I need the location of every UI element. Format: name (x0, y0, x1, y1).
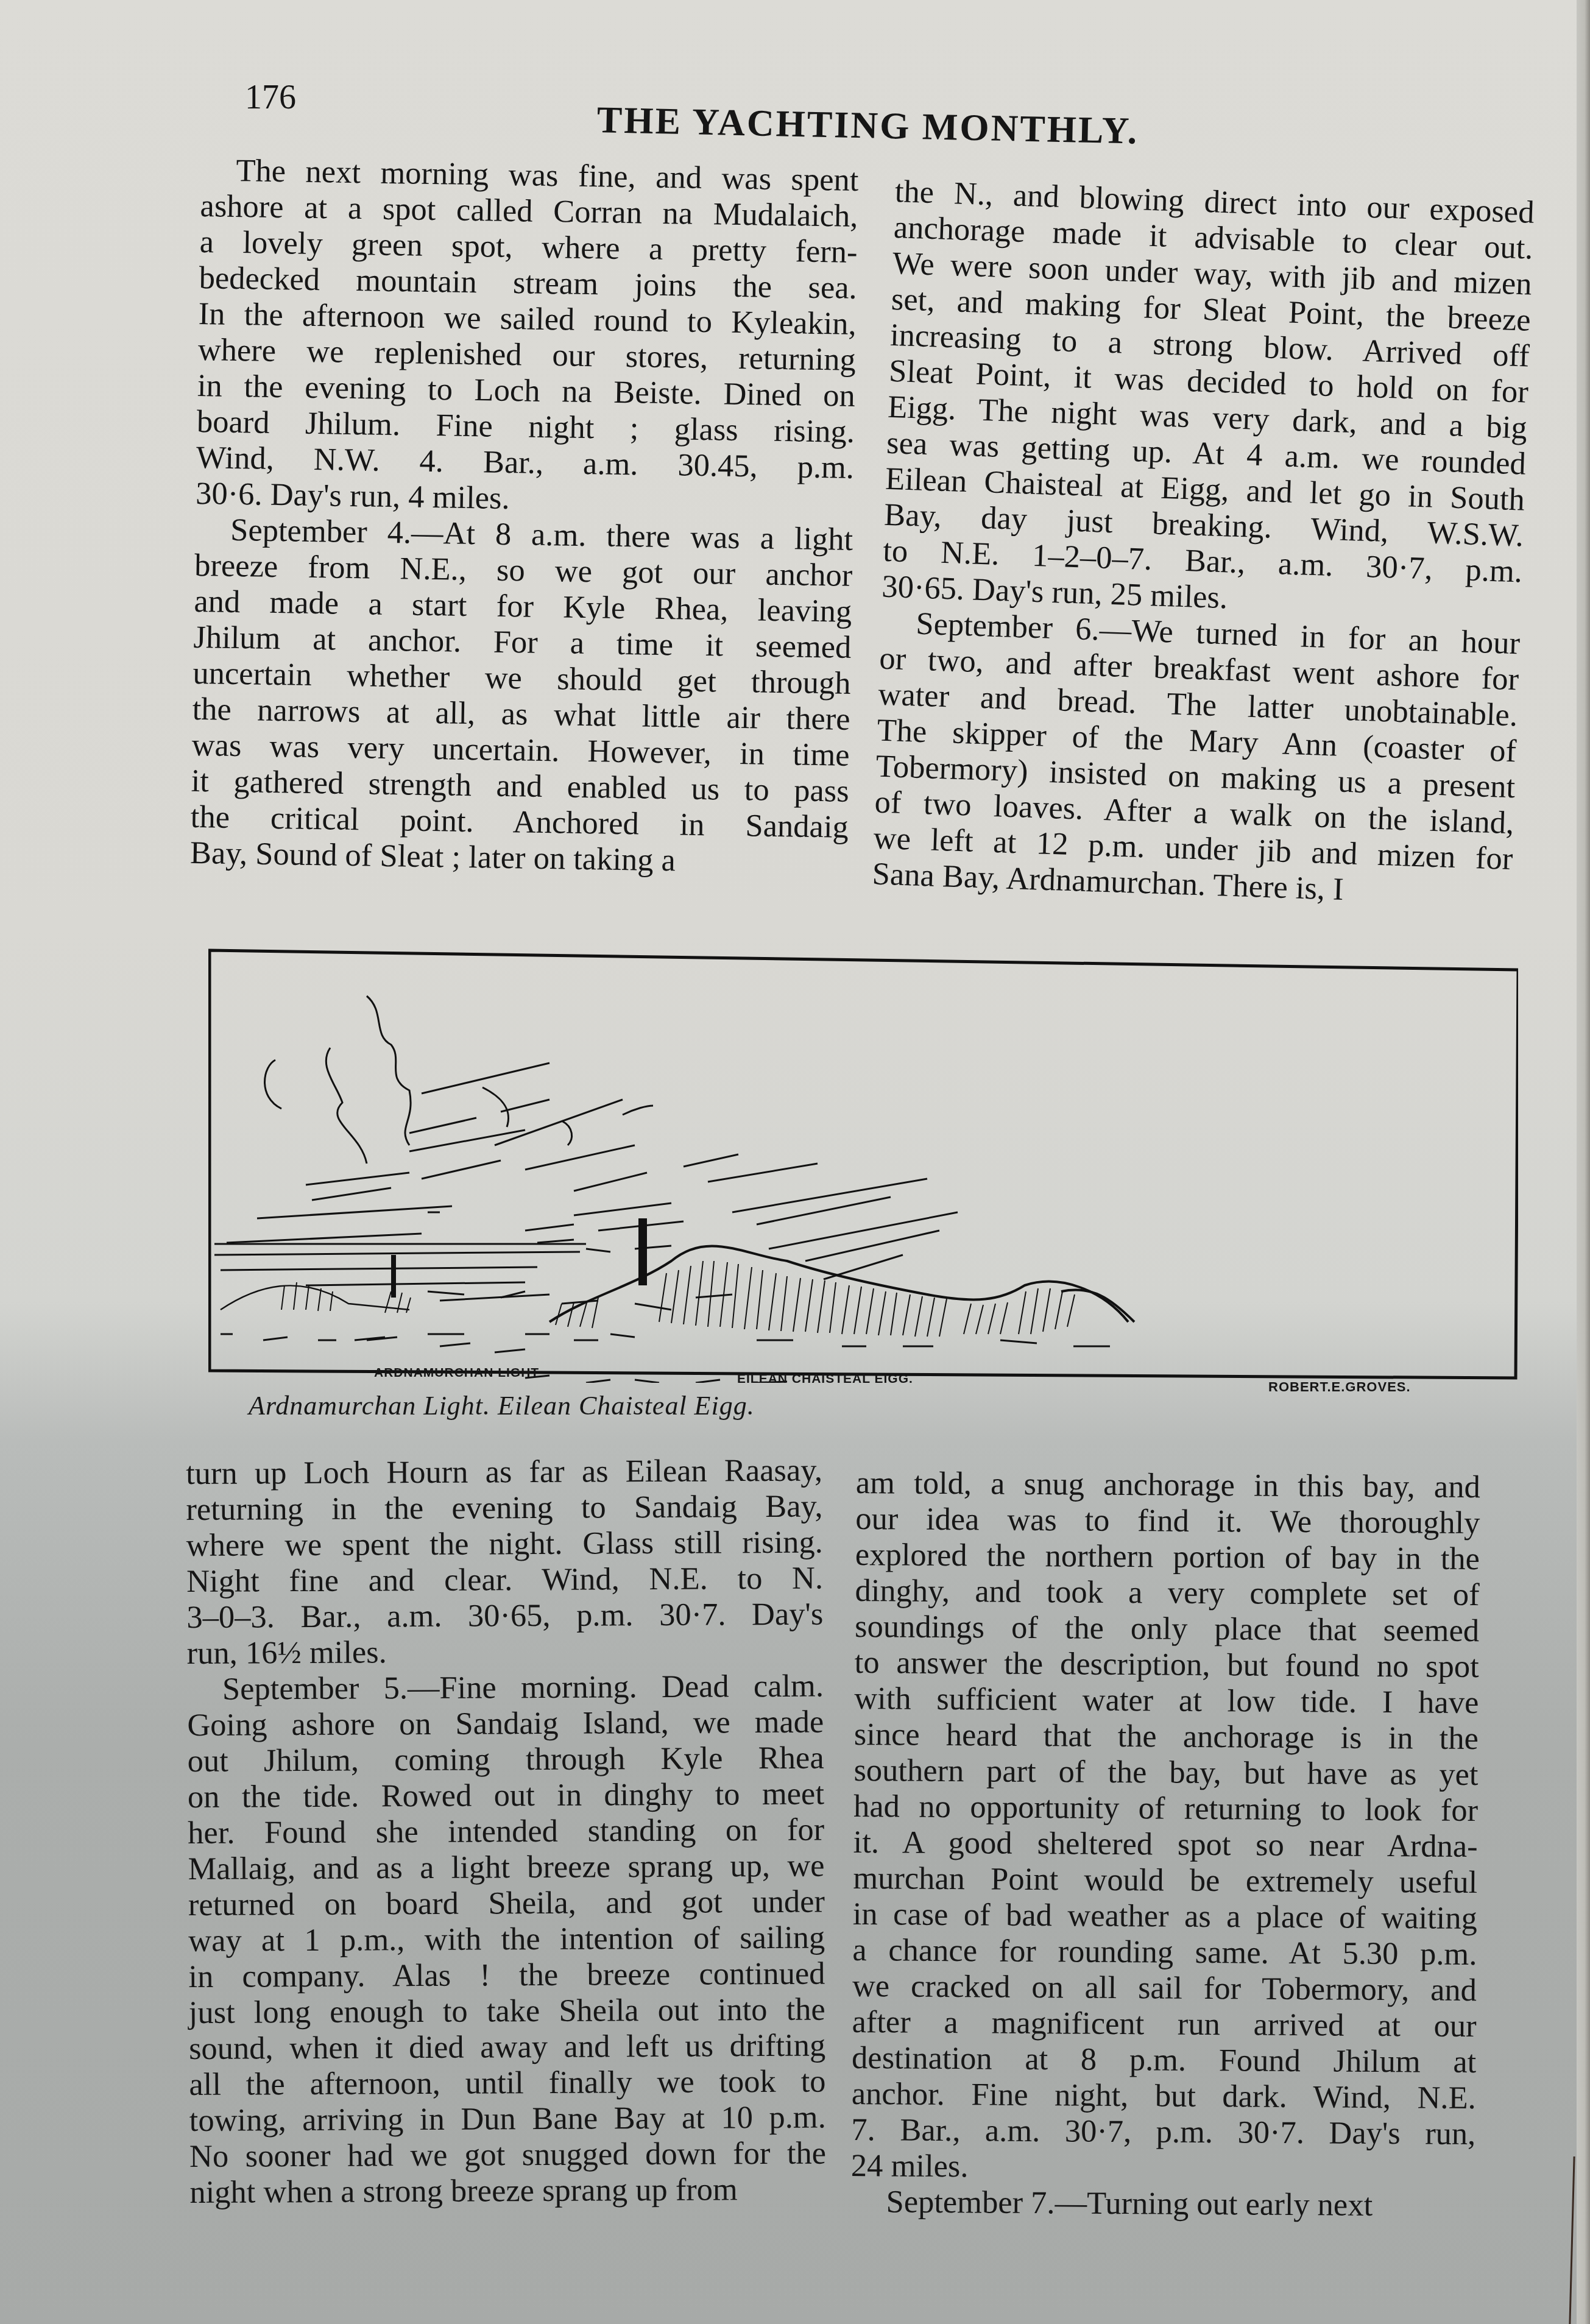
text-line: all the afternoon, until finally we took… (189, 2064, 825, 2103)
column-top-right: the N., and blowing direct into our expo… (872, 174, 1535, 913)
text-line: 24 miles. (851, 2148, 1475, 2188)
text-line: murchan Point would be extremely useful (853, 1860, 1477, 1901)
text-line: 3–0–3. Bar., a.m. 30·65, p.m. 30·7. Day'… (186, 1597, 823, 1636)
text-line: a chance for rounding same. At 5.30 p.m. (852, 1932, 1477, 1973)
text-line: her. Found she intended standing on for (188, 1812, 824, 1851)
page-number: 176 (245, 78, 296, 117)
text-line: explored the northern portion of bay in … (855, 1537, 1480, 1577)
text-line: am told, a snug anchorage in this bay, a… (856, 1465, 1480, 1505)
text-line: we cracked on all sail for Tobermory, an… (852, 1968, 1477, 2008)
text-line: soundings of the only place that seemed (855, 1609, 1479, 1649)
text-line: southern part of the bay, but have as ye… (853, 1753, 1478, 1793)
text-line: had no opportunity of returning to look … (853, 1789, 1478, 1829)
text-line: on the tide. Rowed out in dinghy to meet (188, 1776, 824, 1815)
text-line: Mallaig, and as a light breeze sprang up… (188, 1848, 824, 1887)
text-line: since heard that the anchorage is in the (854, 1717, 1479, 1757)
text-line: returning in the evening to Sandaig Bay, (186, 1489, 822, 1528)
label-ardnamurchan-light: ARDNAMURCHAN LIGHT (374, 1366, 539, 1380)
text-line: just long enough to take Sheila out into… (189, 1992, 825, 2031)
text-line: where we spent the night. Glass still ri… (186, 1525, 823, 1564)
text-line: September 5.—Fine morning. Dead calm. (187, 1669, 824, 1708)
text-line: out Jhilum, coming through Kyle Rhea (187, 1740, 824, 1779)
column-bottom-left: turn up Loch Hourn as far as Eilean Raas… (186, 1453, 826, 2211)
text-line: Going ashore on Sandaig Island, we made (187, 1704, 824, 1743)
text-line: in company. Alas ! the breeze continued (188, 1956, 825, 1995)
text-line: Night fine and clear. Wind, N.E. to N. (186, 1561, 823, 1600)
text-line: No sooner had we got snugged down for th… (189, 2136, 826, 2175)
text-line: towing, arriving in Dun Bane Bay at 10 p… (189, 2100, 826, 2139)
label-eilean-chaisteal: EILEAN CHAISTEAL EIGG. (737, 1372, 913, 1386)
text-line: turn up Loch Hourn as far as Eilean Raas… (186, 1453, 822, 1492)
seascape-sketch (208, 944, 1518, 1383)
text-line: returned on board Sheila, and got under (188, 1884, 825, 1923)
running-head: THE YACHTING MONTHLY. (596, 99, 1139, 154)
text-line: dinghy, and took a very complete set of (855, 1573, 1479, 1613)
illustration-figure: ARDNAMURCHAN LIGHT EILEAN CHAISTEAL EIGG… (208, 944, 1518, 1383)
page-edge (1577, 0, 1590, 2324)
text-line: to answer the description, but found no … (855, 1645, 1479, 1685)
text-line: after a magnificent run arrived at our (852, 2004, 1476, 2044)
text-line: run, 16½ miles. (187, 1633, 824, 1672)
text-line: September 7.—Turning out early next (850, 2184, 1475, 2224)
text-line: with sufficient water at low tide. I hav… (854, 1681, 1479, 1721)
column-bottom-right: am told, a snug anchorage in this bay, a… (850, 1465, 1480, 2224)
text-line: destination at 8 p.m. Found Jhilum at (852, 2040, 1476, 2080)
binding-shadow (1569, 2156, 1575, 2324)
text-line: 7. Bar., a.m. 30·7, p.m. 30·7. Day's run… (851, 2112, 1475, 2152)
text-line: anchor. Fine night, but dark. Wind, N.E. (852, 2076, 1476, 2116)
text-line: way at 1 p.m., with the intention of sai… (188, 1920, 825, 1959)
artist-signature: ROBERT.E.GROVES. (1268, 1379, 1411, 1395)
text-line: in case of bad weather as a place of wai… (853, 1896, 1477, 1937)
text-line: night when a strong breeze sprang up fro… (189, 2172, 826, 2211)
column-top-left: The next morning was fine, and was spent… (189, 152, 858, 881)
figure-caption: Ardnamurchan Light. Eilean Chaisteal Eig… (249, 1390, 755, 1421)
text-line: it. A good sheltered spot so near Ardna- (853, 1824, 1477, 1865)
text-line: our idea was to find it. We thoroughly (855, 1501, 1480, 1541)
text-line: sound, when it died away and left us dri… (189, 2028, 825, 2067)
